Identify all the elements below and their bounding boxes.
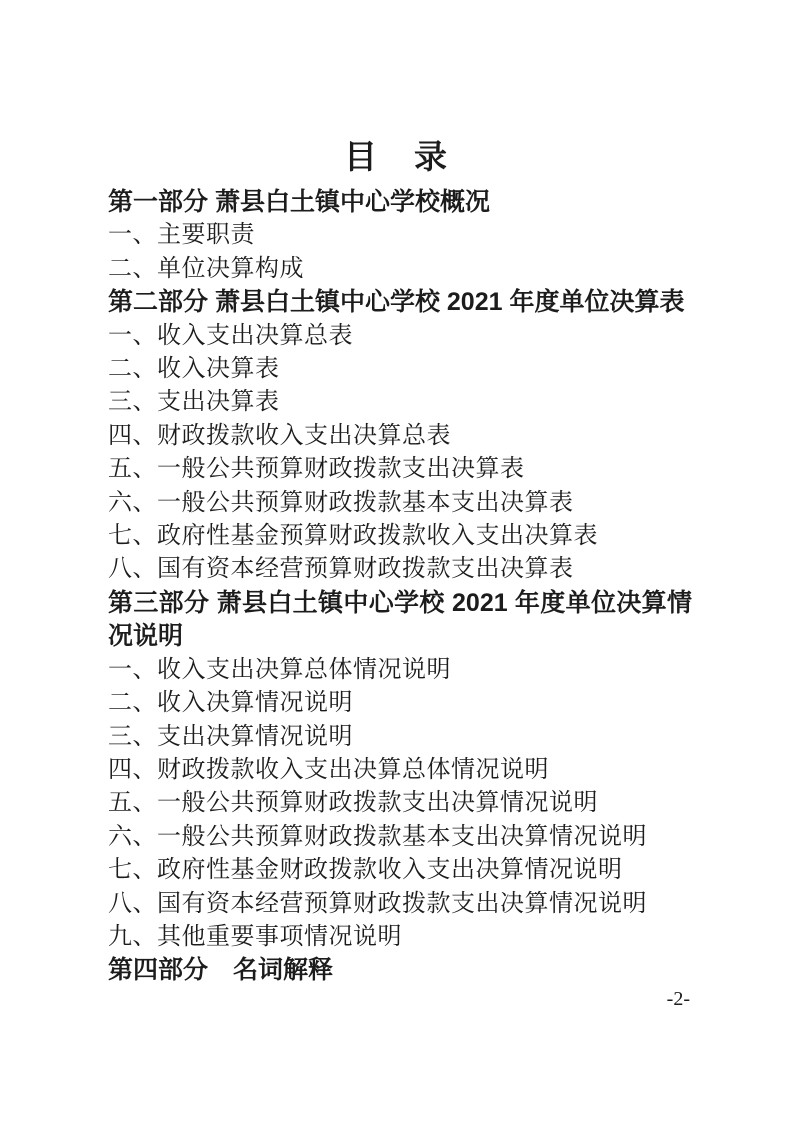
toc-item: 七、政府性基金财政拨款收入支出决算情况说明 (108, 854, 692, 887)
toc-item: 六、一般公共预算财政拨款基本支出决算情况说明 (108, 821, 692, 854)
toc-item: 二、单位决算构成 (108, 253, 692, 286)
toc-item: 五、一般公共预算财政拨款支出决算情况说明 (108, 787, 692, 820)
page-number: -2- (667, 988, 690, 1011)
toc-item: 一、主要职责 (108, 219, 692, 252)
toc-section-2-heading: 第二部分 萧县白土镇中心学校 2021 年度单位决算表 (108, 286, 692, 319)
document-page: 目 录 第一部分 萧县白土镇中心学校概况 一、主要职责 二、单位决算构成 第二部… (0, 0, 793, 1122)
toc-item: 四、财政拨款收入支出决算总表 (108, 420, 692, 453)
toc-item: 八、国有资本经营预算财政拨款支出决算情况说明 (108, 888, 692, 921)
toc-item: 八、国有资本经营预算财政拨款支出决算表 (108, 553, 692, 586)
toc-item: 二、收入决算情况说明 (108, 687, 692, 720)
toc-item: 一、收入支出决算总体情况说明 (108, 654, 692, 687)
table-of-contents: 第一部分 萧县白土镇中心学校概况 一、主要职责 二、单位决算构成 第二部分 萧县… (108, 186, 692, 988)
toc-item: 一、收入支出决算总表 (108, 320, 692, 353)
toc-item: 二、收入决算表 (108, 353, 692, 386)
toc-item: 三、支出决算情况说明 (108, 721, 692, 754)
page-title: 目 录 (0, 137, 793, 177)
toc-item: 七、政府性基金预算财政拨款收入支出决算表 (108, 520, 692, 553)
toc-item: 四、财政拨款收入支出决算总体情况说明 (108, 754, 692, 787)
toc-section-4-heading: 第四部分 名词解释 (108, 954, 692, 987)
toc-item: 六、一般公共预算财政拨款基本支出决算表 (108, 487, 692, 520)
toc-section-1-heading: 第一部分 萧县白土镇中心学校概况 (108, 186, 692, 219)
toc-item: 五、一般公共预算财政拨款支出决算表 (108, 453, 692, 486)
toc-item: 三、支出决算表 (108, 386, 692, 419)
toc-section-3-heading: 第三部分 萧县白土镇中心学校 2021 年度单位决算情况说明 (108, 587, 692, 654)
toc-item: 九、其他重要事项情况说明 (108, 921, 692, 954)
